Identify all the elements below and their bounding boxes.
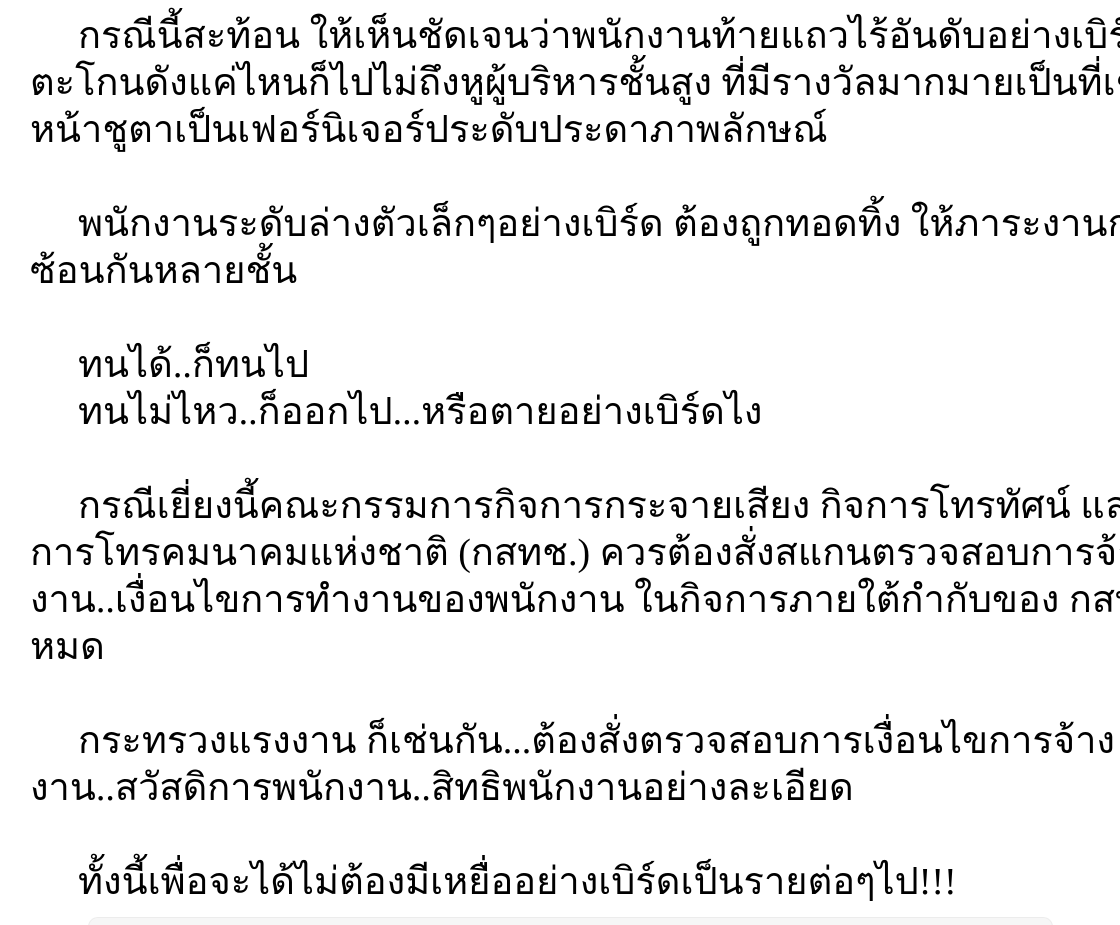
paragraph: ทนได้..ก็ทนไป ทนไม่ไหว..ก็ออกไป...หรือตา… <box>30 342 1094 436</box>
next-card-top-edge <box>88 917 1053 925</box>
paragraph: ทั้งนี้เพื่อจะได้ไม่ต้องมีเหยื่ออย่างเบิ… <box>30 859 1094 906</box>
paragraph: กรณีเยี่ยงนี้คณะกรรมการกิจการกระจายเสียง… <box>30 483 1094 671</box>
text-line: การโทรคมนาคมแห่งชาติ (กสทช.) ควรต้องสั่ง… <box>30 530 1094 577</box>
text-line: ทนไม่ไหว..ก็ออกไป...หรือตายอย่างเบิร์ดไง <box>30 389 1094 436</box>
paragraph: พนักงานระดับล่างตัวเล็กๆอย่างเบิร์ด ต้อง… <box>30 201 1094 295</box>
paragraph: กระทรวงแรงงาน ก็เช่นกัน...ต้องสั่งตรวจสอ… <box>30 718 1094 812</box>
text-line: ตะโกนดังแค่ไหนก็ไปไม่ถึงหูผู้บริหารชั้นส… <box>30 60 1094 107</box>
text-line: กระทรวงแรงงาน ก็เช่นกัน...ต้องสั่งตรวจสอ… <box>30 718 1094 765</box>
text-line: งาน..เงื่อนไขการทำงานของพนักงาน ในกิจการ… <box>30 577 1094 624</box>
document-page: กรณีนี้สะท้อน ให้เห็นชัดเจนว่าพนักงานท้า… <box>0 0 1120 925</box>
article-text: กรณีนี้สะท้อน ให้เห็นชัดเจนว่าพนักงานท้า… <box>30 13 1094 906</box>
paragraph: กรณีนี้สะท้อน ให้เห็นชัดเจนว่าพนักงานท้า… <box>30 13 1094 154</box>
text-line: หมด <box>30 624 1094 671</box>
text-line: พนักงานระดับล่างตัวเล็กๆอย่างเบิร์ด ต้อง… <box>30 201 1094 248</box>
text-line: ทั้งนี้เพื่อจะได้ไม่ต้องมีเหยื่ออย่างเบิ… <box>30 859 1094 906</box>
text-line: หน้าชูตาเป็นเฟอร์นิเจอร์ประดับประดาภาพลั… <box>30 107 1094 154</box>
text-line: ซ้อนกันหลายชั้น <box>30 248 1094 295</box>
text-line: ทนได้..ก็ทนไป <box>30 342 1094 389</box>
text-line: กรณีนี้สะท้อน ให้เห็นชัดเจนว่าพนักงานท้า… <box>30 13 1094 60</box>
text-line: งาน..สวัสดิการพนักงาน..สิทธิพนักงานอย่าง… <box>30 765 1094 812</box>
text-line: กรณีเยี่ยงนี้คณะกรรมการกิจการกระจายเสียง… <box>30 483 1094 530</box>
